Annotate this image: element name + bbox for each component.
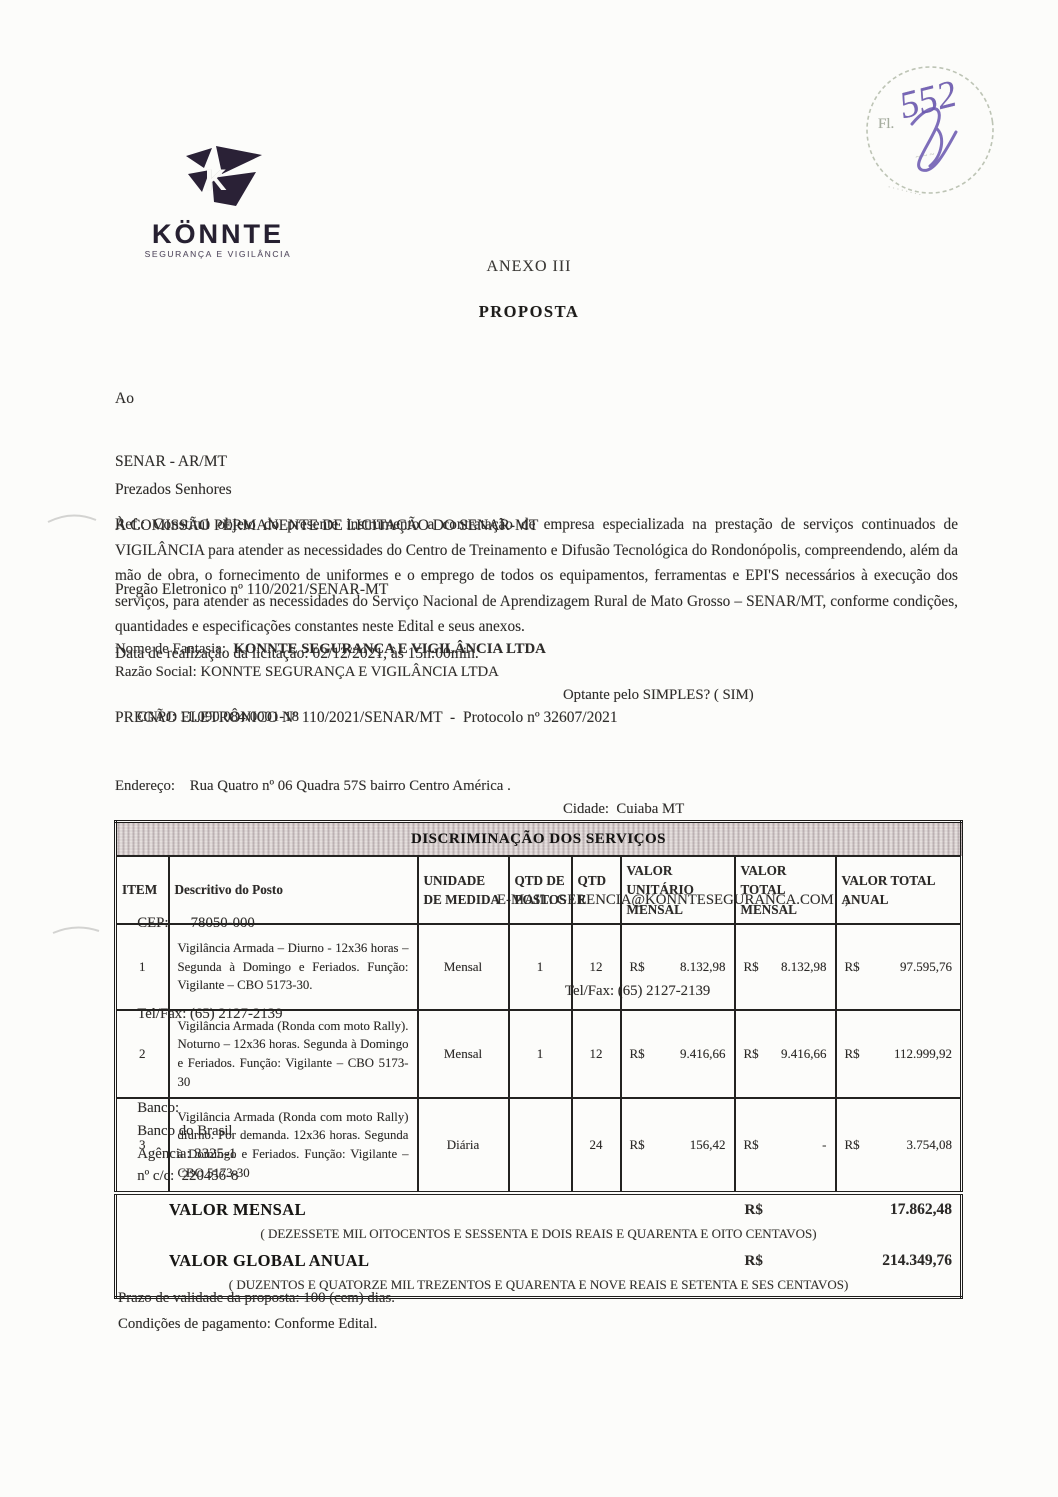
- col-descritivo: Descritivo do Posto: [169, 856, 418, 924]
- stamp: Fl. ~ ~ ~ . . . . . . . . 552: [848, 42, 1018, 212]
- col-valor-total-mensal: VALOR TOTAL MENSAL: [735, 856, 836, 924]
- currency-symbol: R$: [744, 1137, 759, 1153]
- amount: 9.416,66: [680, 1046, 726, 1062]
- cell-posts: [509, 1098, 572, 1193]
- table-row: 3 Vigilância Armada (Ronda com moto Rall…: [116, 1098, 962, 1193]
- field-value: KONNTE SEGURANÇA E VIGILÂNCIA LTDA: [233, 641, 545, 657]
- company-fantasy-name: Nome de Fantasia: KONNTE SEGURANÇA E VIG…: [115, 638, 960, 661]
- svg-text:Fl.: Fl.: [878, 116, 894, 132]
- pencil-mark: [50, 920, 102, 938]
- amount: 9.416,66: [781, 1046, 827, 1062]
- cell-desc: Vigilância Armada (Ronda com moto Rally)…: [169, 1010, 418, 1098]
- recipient-line: SENAR - AR/MT: [115, 451, 618, 472]
- amount: 97.595,76: [900, 959, 952, 975]
- cell-annual-total: R$112.999,92: [836, 1010, 962, 1098]
- pencil-mark: [44, 508, 100, 528]
- currency-symbol: R$: [744, 1046, 759, 1062]
- cell-unit-value: R$8.132,98: [621, 924, 735, 1010]
- col-valor-total-anual: VALOR TOTAL ANUAL: [836, 856, 962, 924]
- table-header-row: ITEM Descritivo do Posto UNIDADE DE MEDI…: [116, 856, 962, 924]
- cell-desc: Vigilância Armada (Ronda com moto Rally)…: [169, 1098, 418, 1193]
- amount: 112.999,92: [894, 1046, 952, 1062]
- cell-qty: 24: [572, 1098, 621, 1193]
- currency-symbol: R$: [744, 959, 759, 975]
- cell-qty: 12: [572, 924, 621, 1010]
- monthly-total-row: VALOR MENSAL R$ 17.862,48: [116, 1193, 962, 1225]
- company-cnpj-row: CNPJ: 11.090.084/0001-18 Optante pelo SI…: [115, 684, 960, 775]
- cell-posts: 1: [509, 924, 572, 1010]
- cell-qty: 12: [572, 1010, 621, 1098]
- company-razao-social: Razão Social: KONNTE SEGURANÇA E VIGILÂN…: [115, 661, 960, 684]
- payment-line: Condições de pagamento: Conforme Edital.: [118, 1316, 377, 1333]
- services-table: DISCRIMINAÇÃO DOS SERVIÇOS ITEM Descriti…: [114, 820, 963, 1299]
- currency-symbol: R$: [845, 959, 860, 975]
- cell-annual-total: R$3.754,08: [836, 1098, 962, 1193]
- currency-symbol: R$: [845, 1137, 860, 1153]
- svg-text:. . . . . . . .: . . . . . . . .: [888, 179, 923, 197]
- cell-monthly-total: R$9.416,66: [735, 1010, 836, 1098]
- company-logo: K KÖNNTE SEGURANÇA E VIGILÂNCIA: [128, 146, 308, 259]
- konnte-logo-icon: K: [172, 146, 264, 212]
- field-label: Nome de Fantasia:: [115, 641, 233, 657]
- greeting: Prezados Senhores: [115, 481, 232, 499]
- cell-unit-value: R$156,42: [621, 1098, 735, 1193]
- amount: 156,42: [690, 1137, 726, 1153]
- recipient-line: Ao: [115, 388, 618, 409]
- monthly-total-label: VALOR MENSAL: [116, 1193, 735, 1225]
- table-banner-row: DISCRIMINAÇÃO DOS SERVIÇOS: [116, 822, 962, 857]
- cell-item: 1: [116, 924, 169, 1010]
- currency-symbol: R$: [735, 1245, 836, 1277]
- col-item: ITEM: [116, 856, 169, 924]
- cell-desc: Vigilância Armada – Diurno - 12x36 horas…: [169, 924, 418, 1010]
- cell-unit: Diária: [418, 1098, 509, 1193]
- annual-total-value: 214.349,76: [836, 1245, 962, 1277]
- cell-unit: Mensal: [418, 1010, 509, 1098]
- stamp-circle-icon: Fl. ~ ~ ~ . . . . . . . . 552: [848, 42, 1018, 212]
- currency-symbol: R$: [630, 1137, 645, 1153]
- monthly-total-words-row: ( DEZESSETE MIL OITOCENTOS E SESSENTA E …: [116, 1225, 962, 1245]
- page-title: PROPOSTA: [0, 302, 1058, 322]
- currency-symbol: R$: [735, 1193, 836, 1225]
- col-valor-unitario: VALOR UNITÁRIO MENSAL: [621, 856, 735, 924]
- table-row: 2 Vigilância Armada (Ronda com moto Rall…: [116, 1010, 962, 1098]
- amount: 3.754,08: [907, 1137, 953, 1153]
- company-endereco: Endereço: Rua Quatro nº 06 Quadra 57S ba…: [115, 775, 960, 798]
- cell-unit-value: R$9.416,66: [621, 1010, 735, 1098]
- table-title: DISCRIMINAÇÃO DOS SERVIÇOS: [116, 822, 962, 857]
- cell-annual-total: R$97.595,76: [836, 924, 962, 1010]
- cell-monthly-total: R$-: [735, 1098, 836, 1193]
- cell-item: 2: [116, 1010, 169, 1098]
- amount: -: [822, 1137, 826, 1153]
- cell-item: 3: [116, 1098, 169, 1193]
- annual-total-label: VALOR GLOBAL ANUAL: [116, 1245, 735, 1277]
- monthly-total-words: ( DEZESSETE MIL OITOCENTOS E SESSENTA E …: [116, 1225, 962, 1245]
- amount: 8.132,98: [781, 959, 827, 975]
- currency-symbol: R$: [630, 1046, 645, 1062]
- reference-paragraph: Ref.: Constitui objeto do presente instr…: [115, 512, 958, 640]
- document-page: Fl. ~ ~ ~ . . . . . . . . 552 K KÖNNTE S…: [0, 0, 1058, 1497]
- company-cidade: Cidade: Cuiaba MT: [563, 798, 684, 821]
- company-simples: Optante pelo SIMPLES? ( SIM): [563, 684, 754, 707]
- cell-posts: 1: [509, 1010, 572, 1098]
- col-qtde: QTD E: [572, 856, 621, 924]
- col-unidade: UNIDADE DE MEDIDA: [418, 856, 509, 924]
- stamp-number: 552: [895, 73, 960, 128]
- amount: 8.132,98: [680, 959, 726, 975]
- currency-symbol: R$: [845, 1046, 860, 1062]
- cell-unit: Mensal: [418, 924, 509, 1010]
- currency-symbol: R$: [630, 959, 645, 975]
- validity-line: Prazo de validade da proposta: 100 (cem)…: [118, 1290, 395, 1307]
- col-qtd-postos: QTD DE POSTOS: [509, 856, 572, 924]
- table-row: 1 Vigilância Armada – Diurno - 12x36 hor…: [116, 924, 962, 1010]
- company-cnpj: CNPJ: 11.090.084/0001-18: [137, 709, 299, 725]
- annex-label: ANEXO III: [0, 258, 1058, 276]
- monthly-total-value: 17.862,48: [836, 1193, 962, 1225]
- svg-text:K: K: [205, 164, 227, 197]
- cell-monthly-total: R$8.132,98: [735, 924, 836, 1010]
- annual-total-row: VALOR GLOBAL ANUAL R$ 214.349,76: [116, 1245, 962, 1277]
- logo-wordmark: KÖNNTE: [128, 219, 308, 250]
